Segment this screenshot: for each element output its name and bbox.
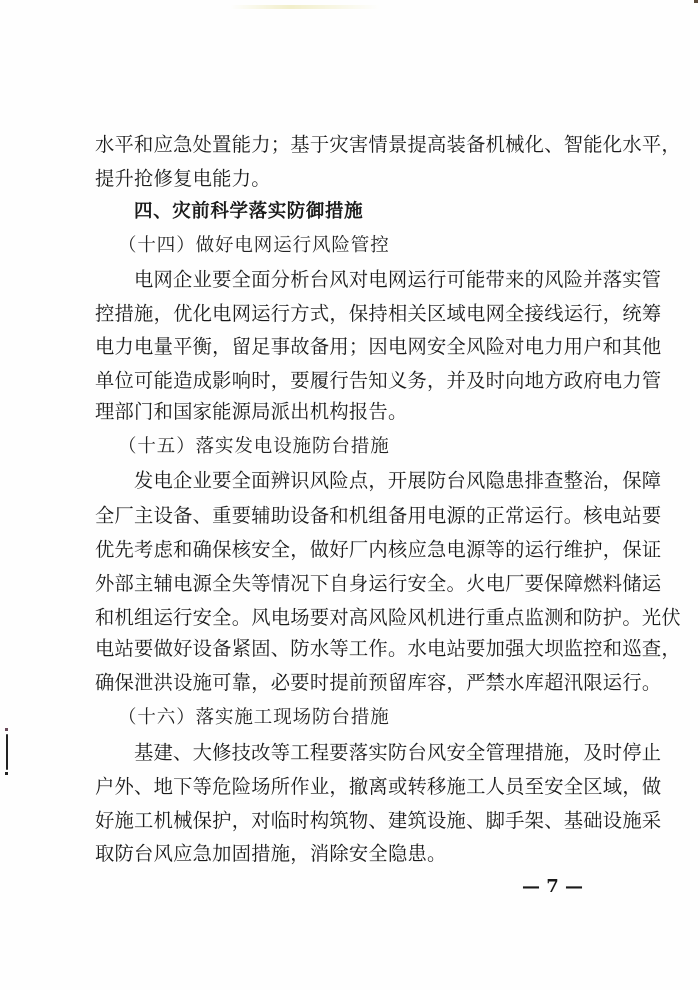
paragraph-line: 取防台风应急加固措施，消除安全隐患。 bbox=[95, 841, 615, 867]
paragraph-line: 电力电量平衡，留足事故备用；因电网安全风险对电力用户和其他 bbox=[95, 334, 615, 360]
paragraph-line: 电网企业要全面分析台风对电网运行可能带来的风险并落实管 bbox=[134, 267, 654, 293]
scan-speck bbox=[694, 0, 698, 3]
binding-mark bbox=[4, 728, 10, 778]
paragraph-line: 全厂主设备、重要辅助设备和机组备用电源的正常运行。核电站要 bbox=[95, 503, 615, 529]
binding-tick bbox=[5, 728, 8, 731]
paragraph-line: 户外、地下等危险场所作业，撤离或转移施工人员至安全区域，做 bbox=[95, 774, 615, 800]
paragraph-line: 水平和应急处置能力；基于灾害情景提高装备机械化、智能化水平， bbox=[95, 132, 615, 158]
binding-stroke bbox=[6, 734, 8, 770]
scan-smudge bbox=[230, 5, 380, 9]
paragraph-line: 发电企业要全面辨识风险点，开展防台风隐患排查整治，保障 bbox=[134, 468, 654, 494]
paragraph-line: 基建、大修技改等工程要落实防台风安全管理措施，及时停止 bbox=[134, 740, 654, 766]
paragraph-line: 好施工机械保护，对临时构筑物、建筑设施、脚手架、基础设施采 bbox=[95, 808, 615, 834]
subsection-heading: （十五）落实发电设施防台措施 bbox=[118, 434, 638, 460]
page-number: — 7 — bbox=[522, 876, 583, 897]
subsection-heading: （十六）落实施工现场防台措施 bbox=[118, 705, 638, 731]
paragraph-line: 控措施，优化电网运行方式，保持相关区域电网全接线运行，统筹 bbox=[95, 301, 615, 327]
document-page: 水平和应急处置能力；基于灾害情景提高装备机械化、智能化水平， 提升抢修复电能力。… bbox=[0, 0, 700, 990]
paragraph-line: 提升抢修复电能力。 bbox=[95, 166, 615, 192]
subsection-heading: （十四）做好电网运行风险管控 bbox=[118, 233, 638, 259]
section-heading: 四、灾前科学落实防御措施 bbox=[134, 199, 654, 225]
paragraph-line: 单位可能造成影响时，要履行告知义务，并及时向地方政府电力管 bbox=[95, 368, 615, 394]
paragraph-line: 外部主辅电源全失等情况下自身运行安全。火电厂要保障燃料储运 bbox=[95, 571, 615, 597]
paragraph-line: 和机组运行安全。风电场要对高风险风机进行重点监测和防护。光伏 bbox=[95, 605, 615, 631]
paragraph-line: 理部门和国家能源局派出机构报告。 bbox=[95, 399, 615, 425]
paragraph-line: 电站要做好设备紧固、防水等工作。水电站要加强大坝监控和巡查， bbox=[95, 636, 615, 662]
paragraph-line: 确保泄洪设施可靠，必要时提前预留库容，严禁水库超汛限运行。 bbox=[95, 670, 615, 696]
binding-tick bbox=[5, 772, 8, 775]
paragraph-line: 优先考虑和确保核安全，做好厂内核应急电源等的运行维护，保证 bbox=[95, 537, 615, 563]
